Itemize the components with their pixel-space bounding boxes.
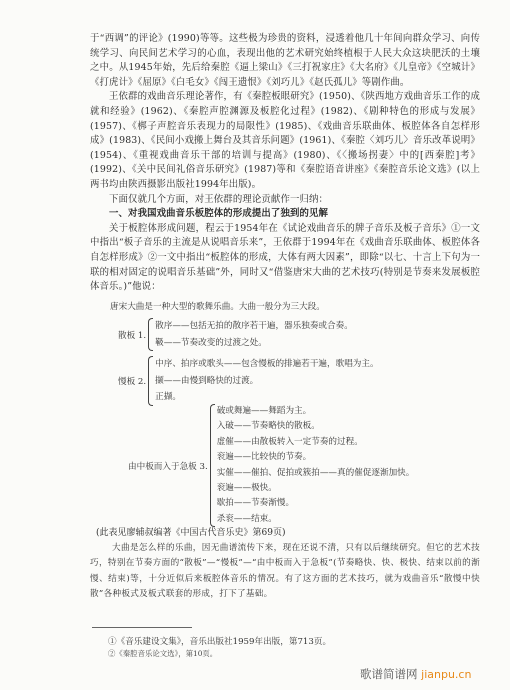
brace-icon xyxy=(210,404,215,527)
footnote-1: ①《音乐建设文集》，音乐出版社1959年出版，第713页。 xyxy=(108,636,331,648)
brace-group-1: 散板 1. 散序——包括无拍的散序若干遍，器乐独奏或合奏。 靸——节奏改变的过渡… xyxy=(118,318,353,351)
brace-icon xyxy=(148,356,153,406)
brace-item: 实催——催拍、促拍或簇拍——真的催促逐渐加快。 xyxy=(217,466,415,481)
watermark: 歌谱简谱网 jianpu.cn xyxy=(360,666,471,682)
brace-group-2: 慢板 2. 中序、拍序或歌头——包含慢板的排遍若干遍，歌唱为主。 撷——由慢到略… xyxy=(118,356,379,406)
footnotes: ①《音乐建设文集》，音乐出版社1959年出版，第713页。 ②《秦腔音乐论文选》… xyxy=(108,636,331,660)
brace-label: 由中板而入于急板 3. xyxy=(128,460,208,472)
after-quote-text: 大曲是怎么样的乐曲，因无曲谱流传下来，现在还说不清，只有以后继续研究。但它的艺术… xyxy=(90,541,480,603)
brace-group-3: 由中板而入于急板 3. 破或舞遍——舞蹈为主。 入破——节奏略快的散板。 虚催—… xyxy=(128,404,414,527)
brace-label: 慢板 2. xyxy=(118,375,146,387)
brace-label: 散板 1. xyxy=(118,329,146,341)
brace-item: 歇拍——节奏渐慢。 xyxy=(217,496,415,511)
quoted-table: 唐宋大曲是一种大型的歌舞乐曲。大曲一般分为三大段。 xyxy=(110,299,480,316)
document-page: 于“西调”的评论》(1990)等等。这些极为珍贵的资料，浸透着他几十年间向群众学… xyxy=(0,0,510,690)
brace-item: 中序、拍序或歌头——包含慢板的排遍若干遍，歌唱为主。 xyxy=(155,356,378,373)
quote-intro: 唐宋大曲是一种大型的歌舞乐曲。大曲一般分为三大段。 xyxy=(110,299,480,316)
brace-item: 入破——节奏略快的散板。 xyxy=(217,419,415,434)
brace-icon xyxy=(148,318,153,351)
brace-item: 撷——由慢到略快的过渡。 xyxy=(155,373,378,390)
paragraph-continuation: 于“西调”的评论》(1990)等等。这些极为珍贵的资料，浸透着他几十年间向群众学… xyxy=(90,32,480,90)
table-source-note: (此表见廖辅叔编著《中国古代音乐史》第69页) xyxy=(96,525,285,538)
paragraph-banqiang-origin: 关于板腔体形成问题，程云于1954年在《试论戏曲音乐的牌子音乐及板子音乐》①一文… xyxy=(90,222,480,295)
watermark-site: jianpu.cn xyxy=(421,668,471,681)
brace-item: 虚催——由散板转入一定节奏的过程。 xyxy=(217,435,415,450)
body-text-top: 于“西调”的评论》(1990)等等。这些极为珍贵的资料，浸透着他几十年间向群众学… xyxy=(90,32,480,295)
brace-item: 衮遍——极快。 xyxy=(217,481,415,496)
brace-item: 衮遍——比较快的节奏。 xyxy=(217,450,415,465)
footnote-divider xyxy=(92,627,192,628)
brace-item: 靸——节奏改变的过渡之处。 xyxy=(155,335,353,352)
footnote-2: ②《秦腔音乐论文选》，第10页。 xyxy=(108,648,331,660)
paragraph-daqu-analysis: 大曲是怎么样的乐曲，因无曲谱流传下来，现在还说不清，只有以后继续研究。但它的艺术… xyxy=(90,541,480,603)
paragraph-summary-intro: 下面仅就几个方面，对王依群的理论贡献作一归纳： xyxy=(90,193,480,208)
brace-item: 破或舞遍——舞蹈为主。 xyxy=(217,404,415,419)
watermark-cn: 歌谱简谱网 xyxy=(360,667,418,681)
paragraph-works-list: 王依群的戏曲音乐理论著作，有《秦腔板眼研究》(1950)、《陕西地方戏曲音乐工作… xyxy=(90,90,480,192)
brace-item: 散序——包括无拍的散序若干遍，器乐独奏或合奏。 xyxy=(155,318,353,335)
section-heading: 一、对我国戏曲音乐板腔体的形成提出了独到的见解 xyxy=(90,207,480,222)
